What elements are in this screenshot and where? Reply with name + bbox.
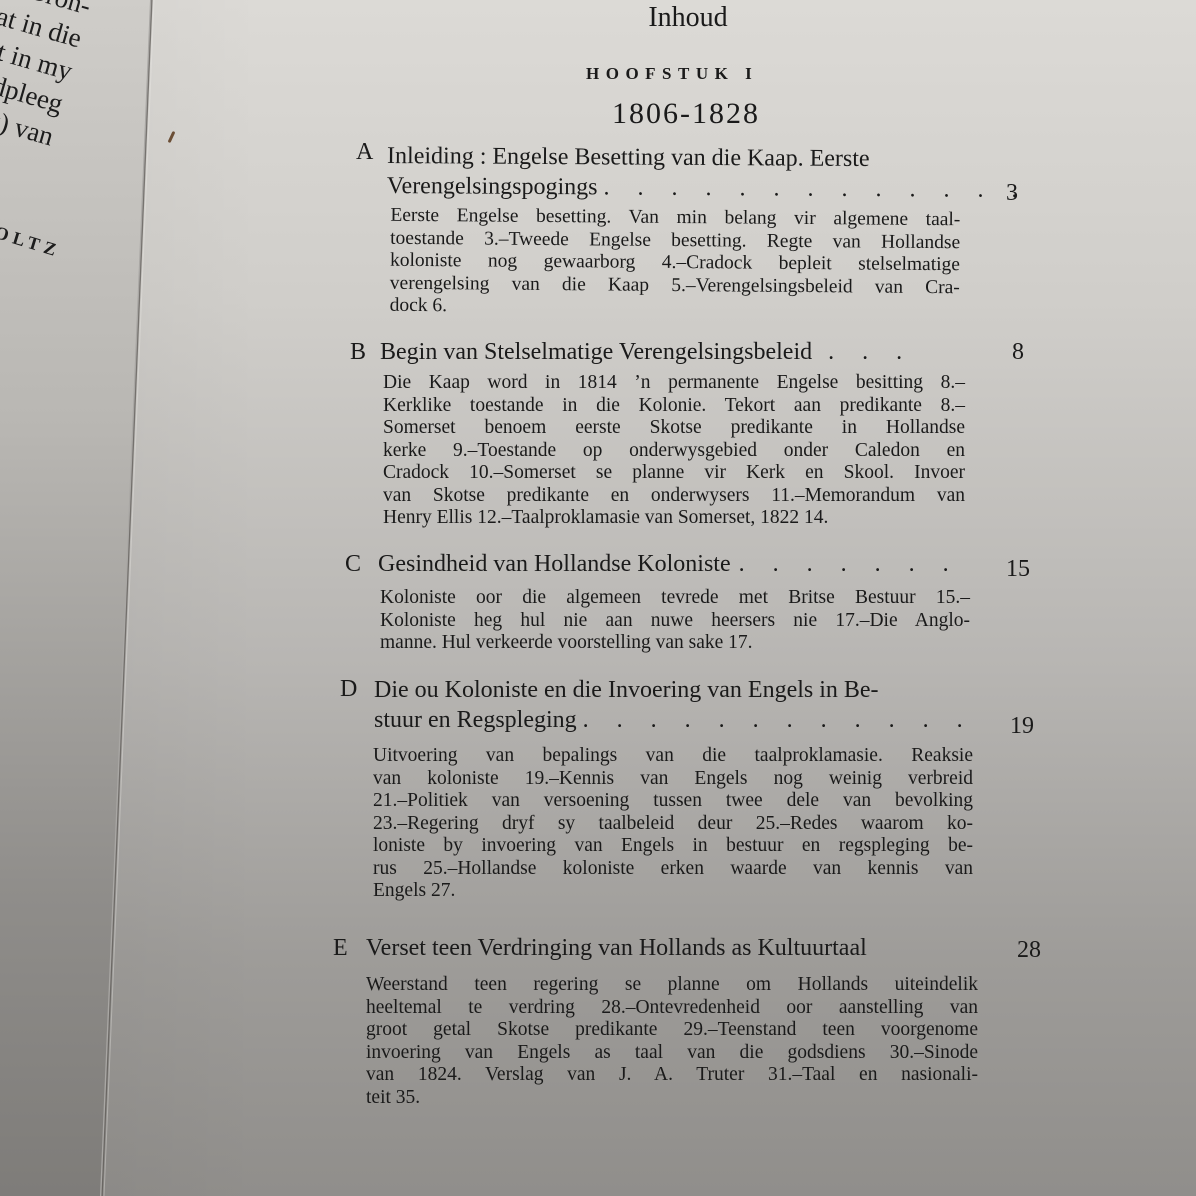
section-heading: Gesindheid van Hollandse Koloniste . . .… xyxy=(378,549,960,579)
section-summary: Eerste Engelse besetting. Van min belang… xyxy=(390,205,961,322)
summary-line: manne. Hul verkeerde voorstelling van sa… xyxy=(380,632,970,655)
summary-line: Engels 27. xyxy=(373,880,973,903)
page-number: 3 xyxy=(1006,180,1018,207)
summary-line: Somerset benoem eerste Skotse predikante… xyxy=(383,417,965,440)
section-summary: Weerstand teen regering se planne om Hol… xyxy=(366,974,978,1109)
summary-line: teit 35. xyxy=(366,1087,978,1110)
section-letter: A xyxy=(356,139,373,166)
summary-line: van 1824. Verslag van J. A. Truter 31.–T… xyxy=(366,1064,978,1087)
section-letter: D xyxy=(340,676,357,703)
dot-leader: . . . . . . . . . . . . xyxy=(583,707,974,733)
section-heading-line: Verengelsingspogings . . . . . . . . . .… xyxy=(387,171,1029,205)
dot-leader: . . . . . . . . . . . . . xyxy=(603,174,1028,203)
section-summary: Die Kaap word in 1814 ’n permanente Enge… xyxy=(383,372,965,530)
dot-leader: . . . . . . . xyxy=(739,551,960,577)
summary-line: dock 6. xyxy=(390,295,960,322)
summary-line: Koloniste heg hul nie aan nuwe heersers … xyxy=(380,610,970,633)
section-heading: Begin van Stelselmatige Verengelsingsbel… xyxy=(380,337,913,367)
page-number: 19 xyxy=(1010,713,1034,740)
section-heading: Verset teen Verdringing van Hollands as … xyxy=(366,933,867,963)
section-letter: E xyxy=(333,935,348,962)
summary-line: 21.–Politiek van versoening tussen twee … xyxy=(373,790,973,813)
left-page-signature: OLTZ xyxy=(0,222,63,262)
section-heading-line-text: stuur en Regspleging xyxy=(374,707,577,733)
summary-line: kerke 9.–Toestande op onderwysgebied ond… xyxy=(383,440,965,463)
summary-line: Weerstand teen regering se planne om Hol… xyxy=(366,974,978,997)
section-heading-line: Verset teen Verdringing van Hollands as … xyxy=(366,935,867,961)
page-number: 15 xyxy=(1006,556,1030,583)
section-letter: C xyxy=(345,551,361,578)
summary-line: Uitvoering van bepalings van die taalpro… xyxy=(373,745,973,768)
section-heading-line-text: Verengelsingspogings xyxy=(387,173,598,200)
summary-line: verengelsing van die Kaap 5.–Verengelsin… xyxy=(390,272,960,299)
summary-line: rus 25.–Hollandse koloniste erken waarde… xyxy=(373,858,973,881)
section-summary: Koloniste oor die algemeen tevrede met B… xyxy=(380,587,970,655)
summary-line: van Skotse predikante en onderwysers 11.… xyxy=(383,485,965,508)
summary-line: Kerklike toestande in die Kolonie. Tekor… xyxy=(383,395,965,418)
summary-line: Koloniste oor die algemeen tevrede met B… xyxy=(380,587,970,610)
section-heading-line: stuur en Regspleging . . . . . . . . . .… xyxy=(374,705,974,735)
section-heading-line: Gesindheid van Hollandse Koloniste xyxy=(378,551,731,577)
summary-line: 23.–Regering dryf sy taalbeleid deur 25.… xyxy=(373,813,973,836)
page-number: 8 xyxy=(1012,339,1024,366)
section-summary: Uitvoering van bepalings van die taalpro… xyxy=(373,745,973,903)
section-heading: Die ou Koloniste en die Invoering van En… xyxy=(374,675,974,735)
summary-line: Die Kaap word in 1814 ’n permanente Enge… xyxy=(383,372,965,395)
summary-line: groot getal Skotse predikante 29.–Teenst… xyxy=(366,1019,978,1042)
chapter-label: HOOFSTUK I xyxy=(586,64,758,84)
summary-line: invoering van Engels as taal van die god… xyxy=(366,1042,978,1065)
dot-leader: . . . xyxy=(828,339,913,365)
summary-line: Henry Ellis 12.–Taalproklamasie van Some… xyxy=(383,507,965,530)
page-number: 28 xyxy=(1017,937,1041,964)
summary-line: van koloniste 19.–Kennis van Engels nog … xyxy=(373,768,973,791)
section-heading-line: Begin van Stelselmatige Verengelsingsbel… xyxy=(380,339,812,365)
chapter-years: 1806-1828 xyxy=(612,97,760,131)
summary-line: Cradock 10.–Somerset se planne vir Kerk … xyxy=(383,462,965,485)
section-heading-line: Die ou Koloniste en die Invoering van En… xyxy=(374,675,974,705)
section-heading-line: Inleiding : Engelse Besetting van die Ka… xyxy=(387,141,1029,175)
summary-line: loniste by invoering van Engels in bestu… xyxy=(373,835,973,858)
page-title: Inhoud xyxy=(0,2,1196,34)
section-heading: Inleiding : Engelse Besetting van die Ka… xyxy=(387,141,1029,205)
section-letter: B xyxy=(350,339,366,366)
summary-line: heeltemal te verdring 28.–Ontevredenheid… xyxy=(366,997,978,1020)
